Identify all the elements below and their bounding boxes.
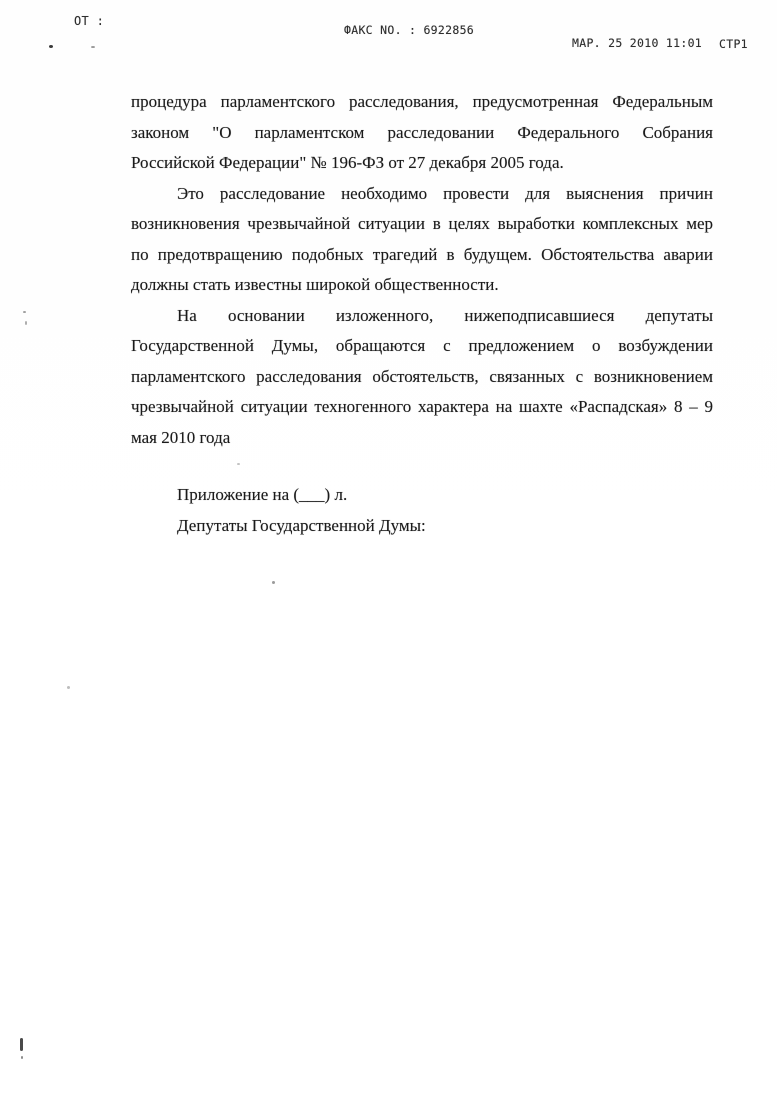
doc-line-para3-2: Государственной Думы, обращаются с предл… [131,331,713,362]
signatories-line: Депутаты Государственной Думы: [131,511,713,542]
doc-line-para2-3: по предотвращению подобных трагедий в бу… [131,240,713,271]
doc-line-para2-2: возникновения чрезвычайной ситуации в це… [131,209,713,240]
doc-line-para3-4: чрезвычайной ситуации техногенного харак… [131,392,713,423]
scan-speck [91,46,95,48]
scan-speck [25,321,27,325]
fax-from-label: ОТ : [74,14,104,28]
fax-number-line: ФАКС NO. : 6922856 [344,23,474,37]
doc-line-para3-5: мая 2010 года [131,423,713,454]
fax-timestamp: МАР. 25 2010 11:01 [572,36,702,50]
doc-line-para3-1: На основании изложенного, нижеподписавши… [131,301,713,332]
scan-speck [49,45,53,48]
doc-line-continuation-3: Российской Федерации" № 196-ФЗ от 27 дек… [131,148,713,179]
doc-line-continuation-2: законом "О парламентском расследовании Ф… [131,118,713,149]
scan-speck [237,463,240,465]
fax-page-counter: СТР1 [719,37,748,51]
doc-line-continuation-1: процедура парламентского расследования, … [131,87,713,118]
scan-stray-mark [21,1056,23,1059]
scan-speck [272,581,275,584]
scan-speck [23,311,26,313]
fax-page: ОТ : ФАКС NO. : 6922856 МАР. 25 2010 11:… [0,0,777,1100]
document-body: процедура парламентского расследования, … [131,87,713,541]
doc-line-para2-4: должны стать известны широкой общественн… [131,270,713,301]
scan-stray-mark [20,1038,23,1051]
attachment-line: Приложение на (___) л. [131,480,713,511]
doc-line-para2-1: Это расследование необходимо провести дл… [131,179,713,210]
scan-speck [67,686,70,689]
doc-line-para3-3: парламентского расследования обстоятельс… [131,362,713,393]
